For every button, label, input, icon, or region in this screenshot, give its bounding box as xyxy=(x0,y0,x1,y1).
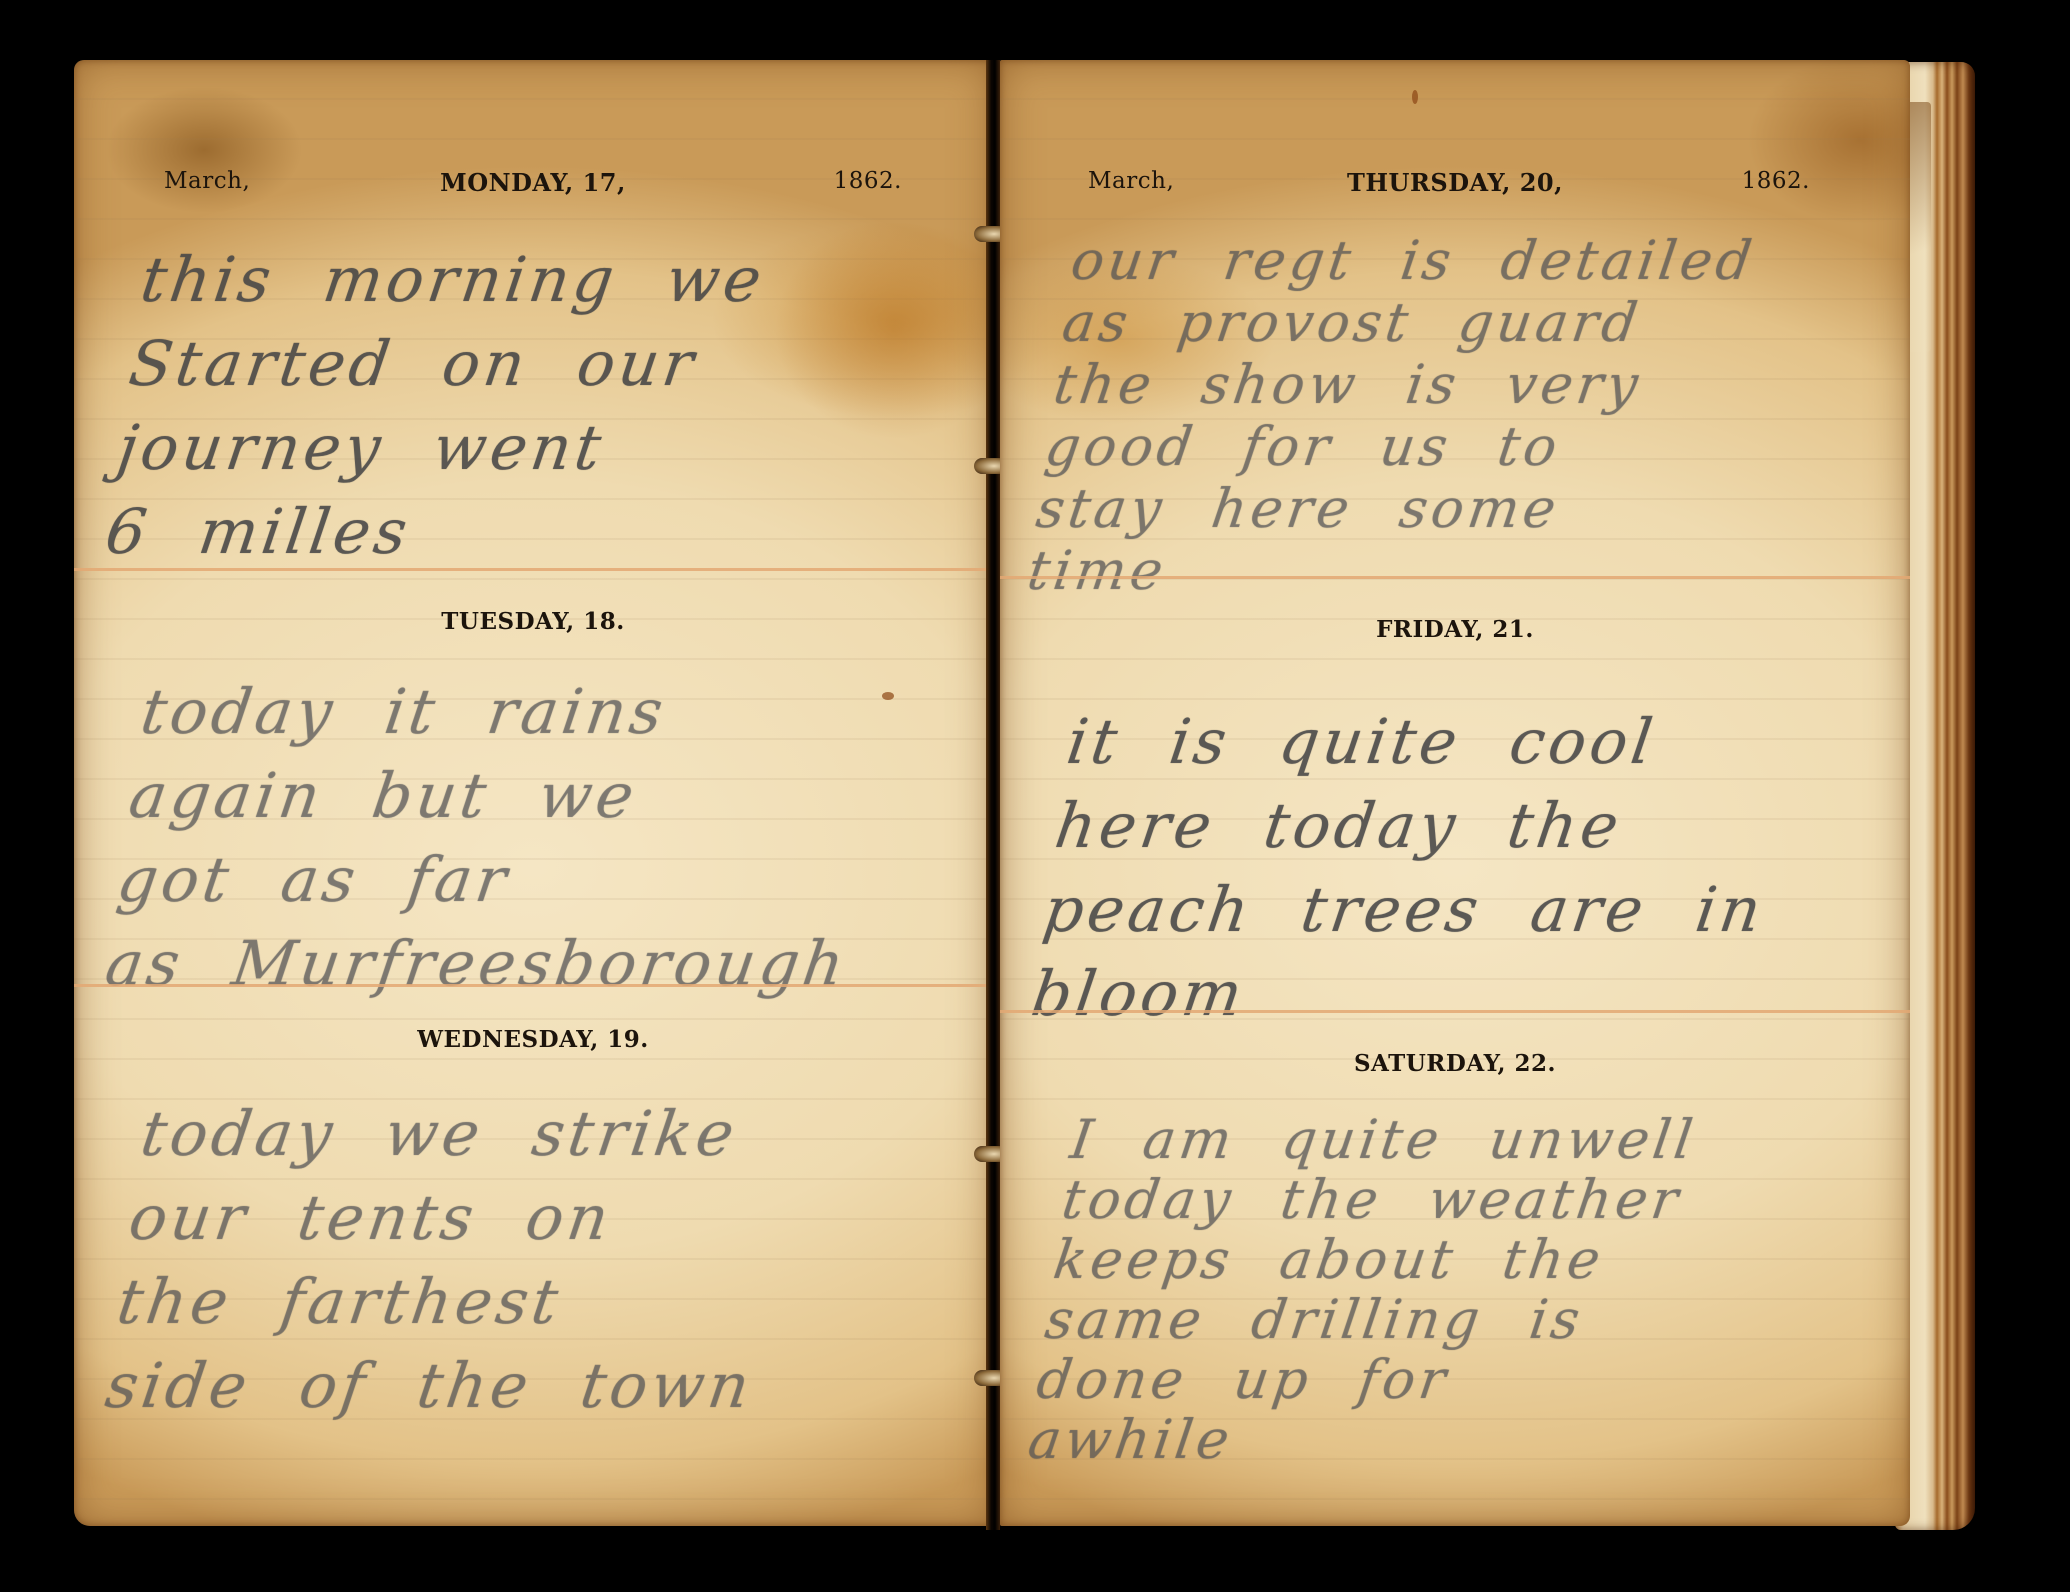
diary-entry-saturday: I am quite unwell today the weather keep… xyxy=(1025,1110,1906,1470)
diary-entry-wednesday: today we strike our tents on the farthes… xyxy=(100,1092,985,1428)
header-year: 1862. xyxy=(1742,168,1810,194)
diary-entry-friday: it is quite cool here today the peach tr… xyxy=(1026,700,1903,1036)
day-title-tuesday: TUESDAY, 18. xyxy=(74,608,992,635)
foxing-spot xyxy=(1412,90,1418,104)
day-title-saturday: SATURDAY, 22. xyxy=(1000,1050,1910,1077)
left-page: March, MONDAY, 17, 1862. this morning we… xyxy=(74,60,992,1526)
diary-scan: March, MONDAY, 17, 1862. this morning we… xyxy=(0,0,2070,1592)
section-divider xyxy=(74,568,992,571)
right-page: March, THURSDAY, 20, 1862. our regt is d… xyxy=(1000,60,1910,1526)
section-divider xyxy=(74,984,992,987)
diary-entry-tuesday: today it rains again but we got as far a… xyxy=(100,670,985,1006)
header-year: 1862. xyxy=(834,168,902,194)
section-divider xyxy=(1000,576,1910,579)
diary-entry-monday: this morning we Started on our journey w… xyxy=(100,238,985,574)
day-title-friday: FRIDAY, 21. xyxy=(1000,616,1910,643)
section-divider xyxy=(1000,1010,1910,1013)
day-title-wednesday: WEDNESDAY, 19. xyxy=(74,1026,992,1053)
book-gutter xyxy=(986,60,1000,1530)
diary-entry-thursday: our regt is detailed as provost guard th… xyxy=(1024,230,1906,602)
